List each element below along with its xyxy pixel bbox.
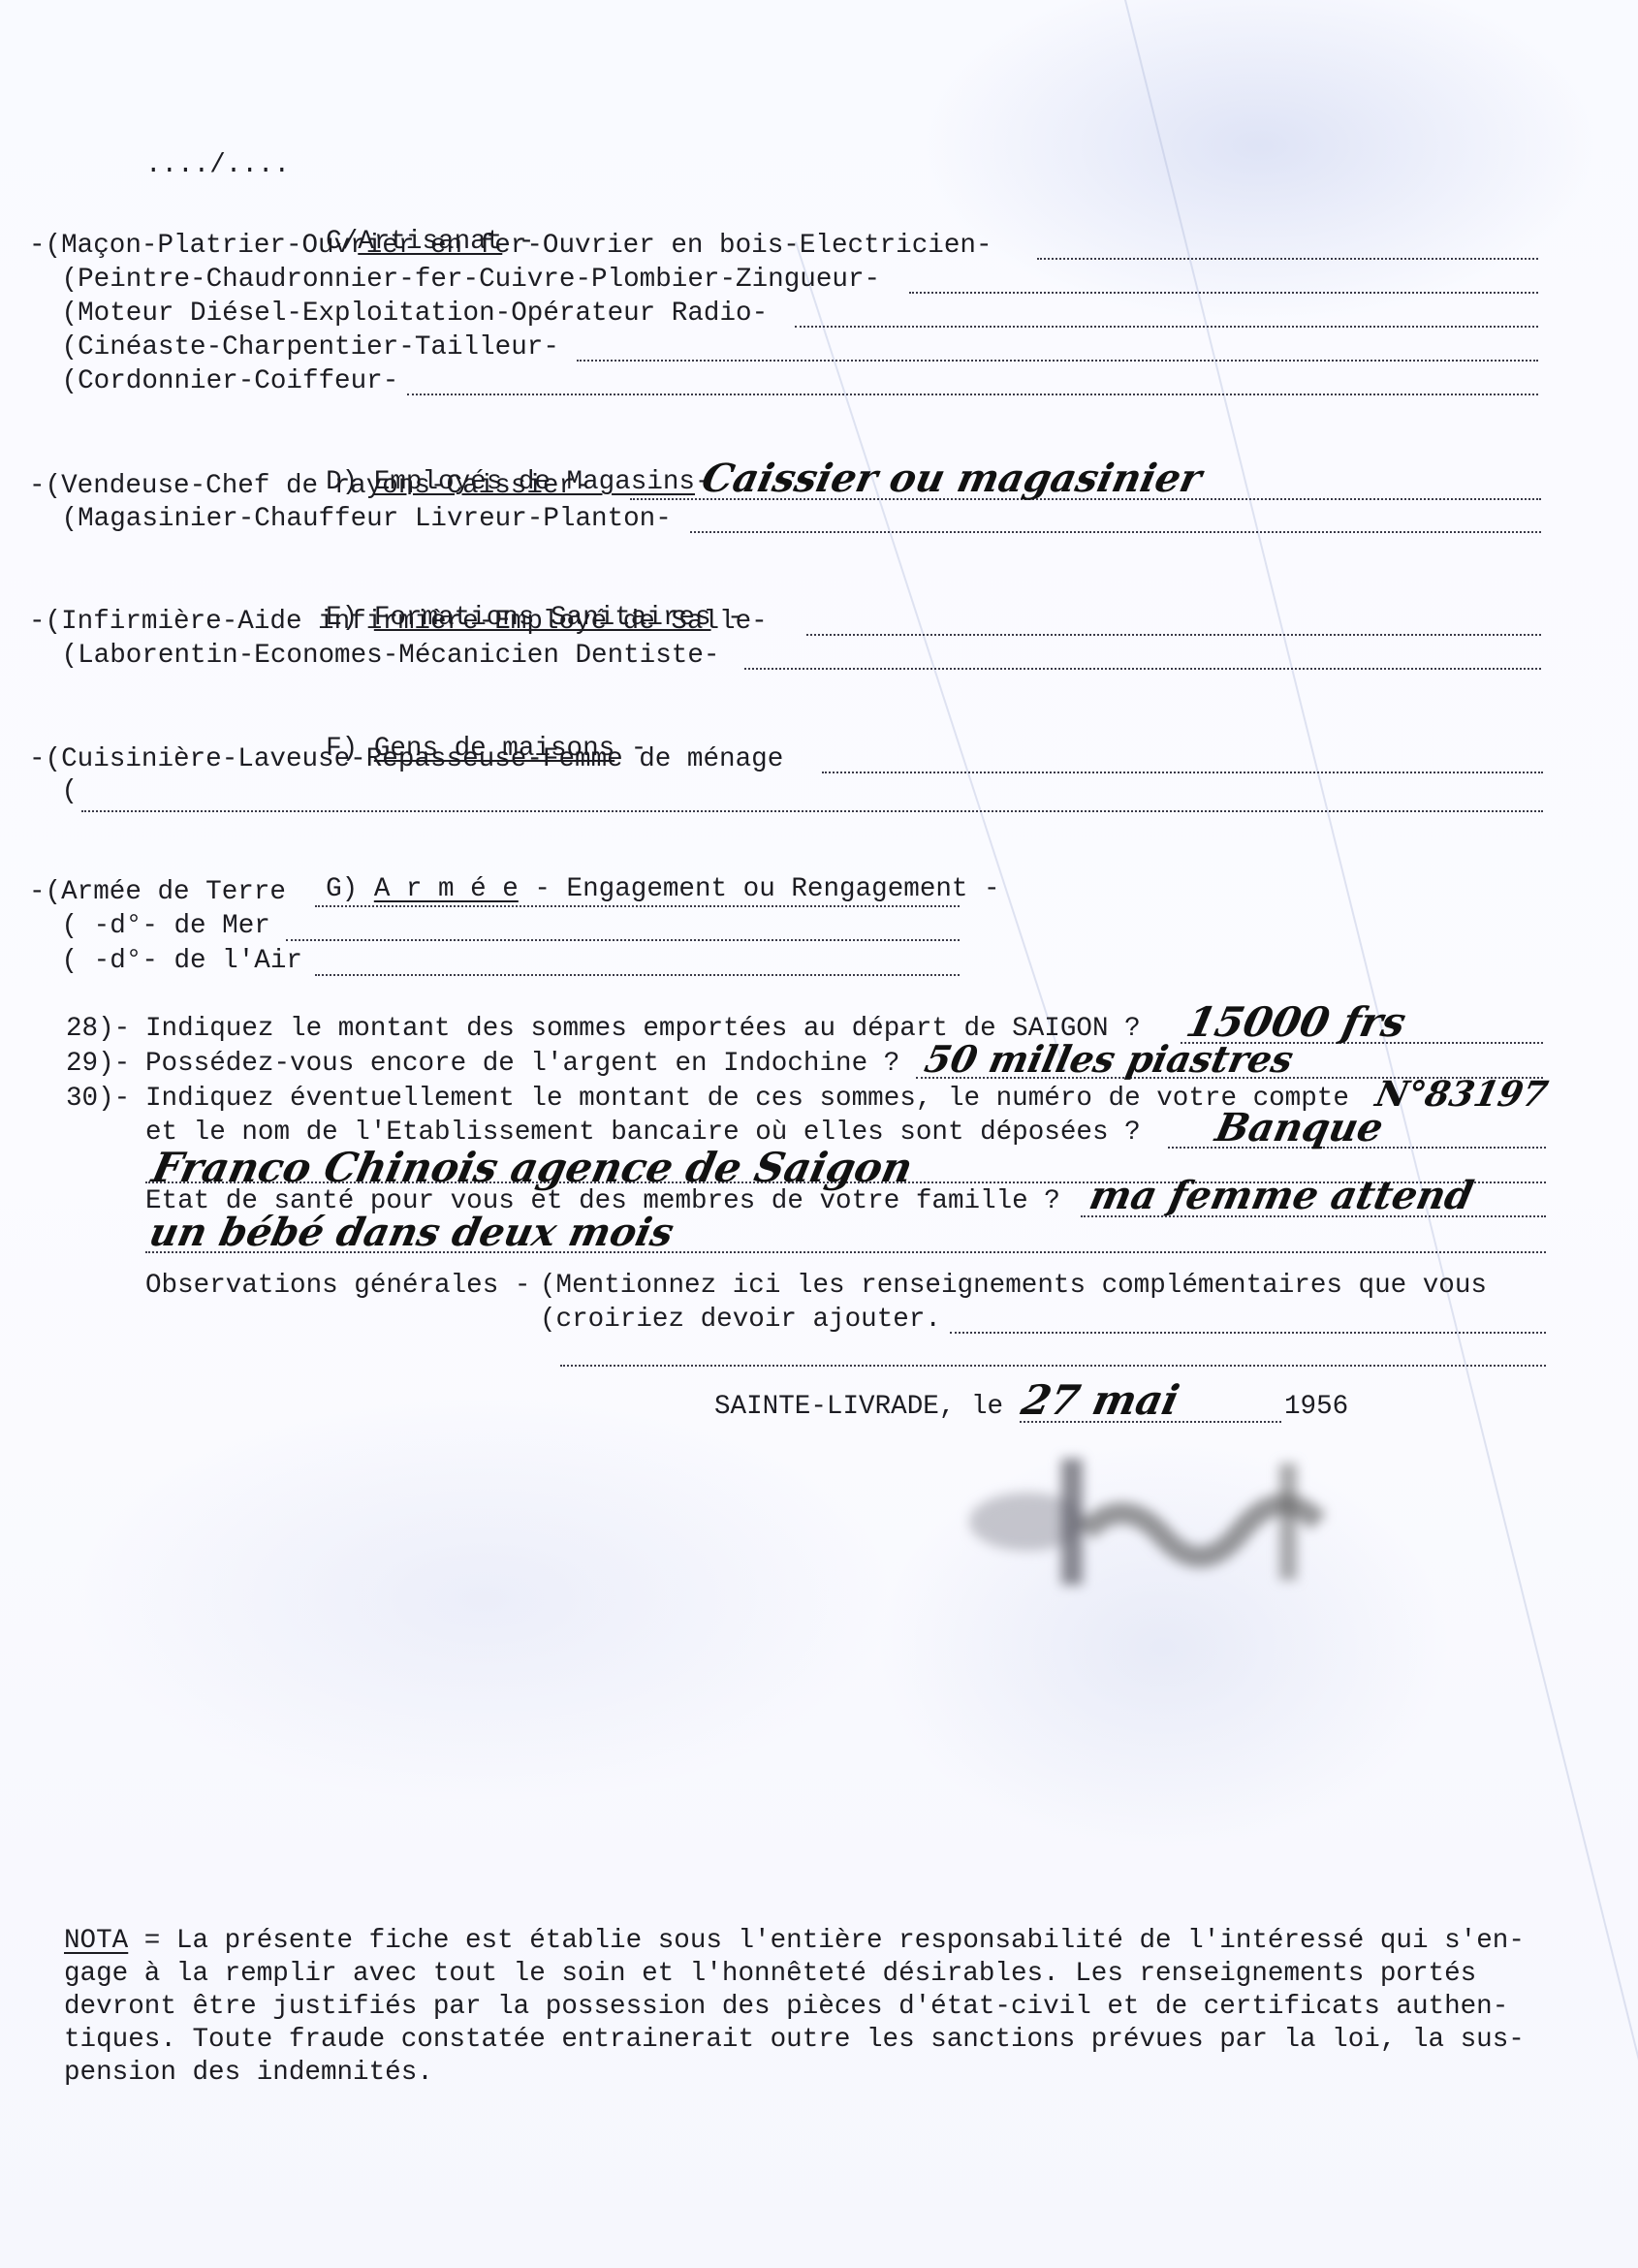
- nota-text-1: = La présente fiche est établie sous l'e…: [128, 1926, 1525, 1956]
- answer-line[interactable]: [744, 668, 1541, 670]
- section-e-row: (Laborentin-Economes-Mécanicien Dentiste…: [46, 641, 719, 672]
- answer-line[interactable]: [806, 634, 1541, 636]
- answer-line[interactable]: [407, 394, 1538, 395]
- section-c-row: (Cordonnier-Coiffeur-: [46, 366, 398, 397]
- question-29-number: 29)-: [66, 1049, 130, 1080]
- nota-line-3: devront être justifiés par la possession…: [64, 1992, 1508, 2023]
- answer-line[interactable]: [315, 905, 960, 907]
- question-29-text: Possédez-vous encore de l'argent en Indo…: [145, 1049, 899, 1080]
- nota-label: NOTA: [64, 1926, 128, 1956]
- handwritten-answer-health-2: un bébé dans deux mois: [145, 1210, 677, 1255]
- observations-instruction-2: (croiriez devoir ajouter.: [540, 1305, 941, 1336]
- section-d-row: -(Vendeuse-Chef de rayons-Caissier-: [29, 471, 591, 502]
- answer-line[interactable]: [577, 360, 1538, 362]
- section-g-title: A r m é e: [374, 874, 519, 904]
- observations-answer-line[interactable]: [950, 1332, 1546, 1334]
- signature-blurred: [969, 1454, 1357, 1590]
- continuation-mark: ..../....: [145, 150, 290, 181]
- nota-line-1: NOTA = La présente fiche est établie sou…: [64, 1926, 1525, 1957]
- question-30-number: 30)-: [66, 1084, 130, 1115]
- section-f-row: (: [46, 776, 78, 807]
- handwritten-answer-bank-2: Franco Chinois agence de Saigon: [148, 1144, 917, 1191]
- section-f-row: -(Cuisinière-Laveuse-Repasseuse-Femme de…: [29, 744, 783, 775]
- section-c-row: -(Maçon-Platrier-Ouvrier en fer-Ouvrier …: [29, 231, 992, 262]
- answer-line[interactable]: [1037, 258, 1538, 260]
- section-d-row: (Magasinier-Chauffeur Livreur-Planton-: [46, 504, 672, 535]
- handwritten-answer-occupation: Caissier ou magasinier: [698, 456, 1206, 501]
- section-g-heading: G) A r m é e - Engagement ou Rengagement…: [294, 843, 1000, 905]
- nota-line-4: tiques. Toute fraude constatée entrainer…: [64, 2025, 1525, 2056]
- answer-line[interactable]: [795, 326, 1538, 328]
- handwritten-answer-bank-1: Banque: [1212, 1105, 1387, 1150]
- answer-line[interactable]: [286, 939, 960, 941]
- section-e-row: -(Infirmière-Aide infirmière-Employé de …: [29, 607, 768, 638]
- answer-line[interactable]: [690, 531, 1541, 533]
- question-28-number: 28)-: [66, 1014, 130, 1045]
- question-30-text: Indiquez éventuellement le montant de ce…: [145, 1084, 1349, 1115]
- handwritten-answer-29: 50 milles piastres: [921, 1037, 1297, 1081]
- nota-line-5: pension des indemnités.: [64, 2058, 433, 2089]
- handwritten-answer-health-1: ma femme attend: [1086, 1173, 1477, 1218]
- handwritten-date: 27 mai: [1018, 1376, 1183, 1424]
- section-c-row: (Peintre-Chaudronnier-fer-Cuivre-Plombie…: [46, 265, 880, 296]
- observations-label: Observations générales -: [145, 1271, 530, 1302]
- section-g-suffix: - Engagement ou Rengagement -: [519, 874, 1000, 904]
- answer-line[interactable]: [81, 810, 1543, 812]
- handwritten-answer-account: N°83197: [1372, 1074, 1552, 1115]
- answer-line[interactable]: [909, 292, 1538, 294]
- place-label: SAINTE-LIVRADE, le: [714, 1392, 1003, 1423]
- section-g-row: ( -d°- de l'Air: [46, 946, 302, 977]
- section-g-row: ( -d°- de Mer: [46, 911, 270, 942]
- section-c-row: (Cinéaste-Charpentier-Tailleur-: [46, 332, 559, 363]
- section-g-row: -(Armée de Terre: [29, 877, 286, 908]
- observations-answer-line[interactable]: [560, 1365, 1546, 1367]
- answer-line[interactable]: [315, 974, 960, 976]
- section-g-prefix: G): [326, 874, 374, 904]
- answer-line[interactable]: [822, 772, 1543, 773]
- nota-line-2: gage à la remplir avec tout le soin et l…: [64, 1959, 1476, 1990]
- date-year: 1956: [1284, 1392, 1348, 1423]
- section-c-row: (Moteur Diésel-Exploitation-Opérateur Ra…: [46, 299, 768, 330]
- observations-instruction-1: (Mentionnez ici les renseignements compl…: [540, 1271, 1487, 1302]
